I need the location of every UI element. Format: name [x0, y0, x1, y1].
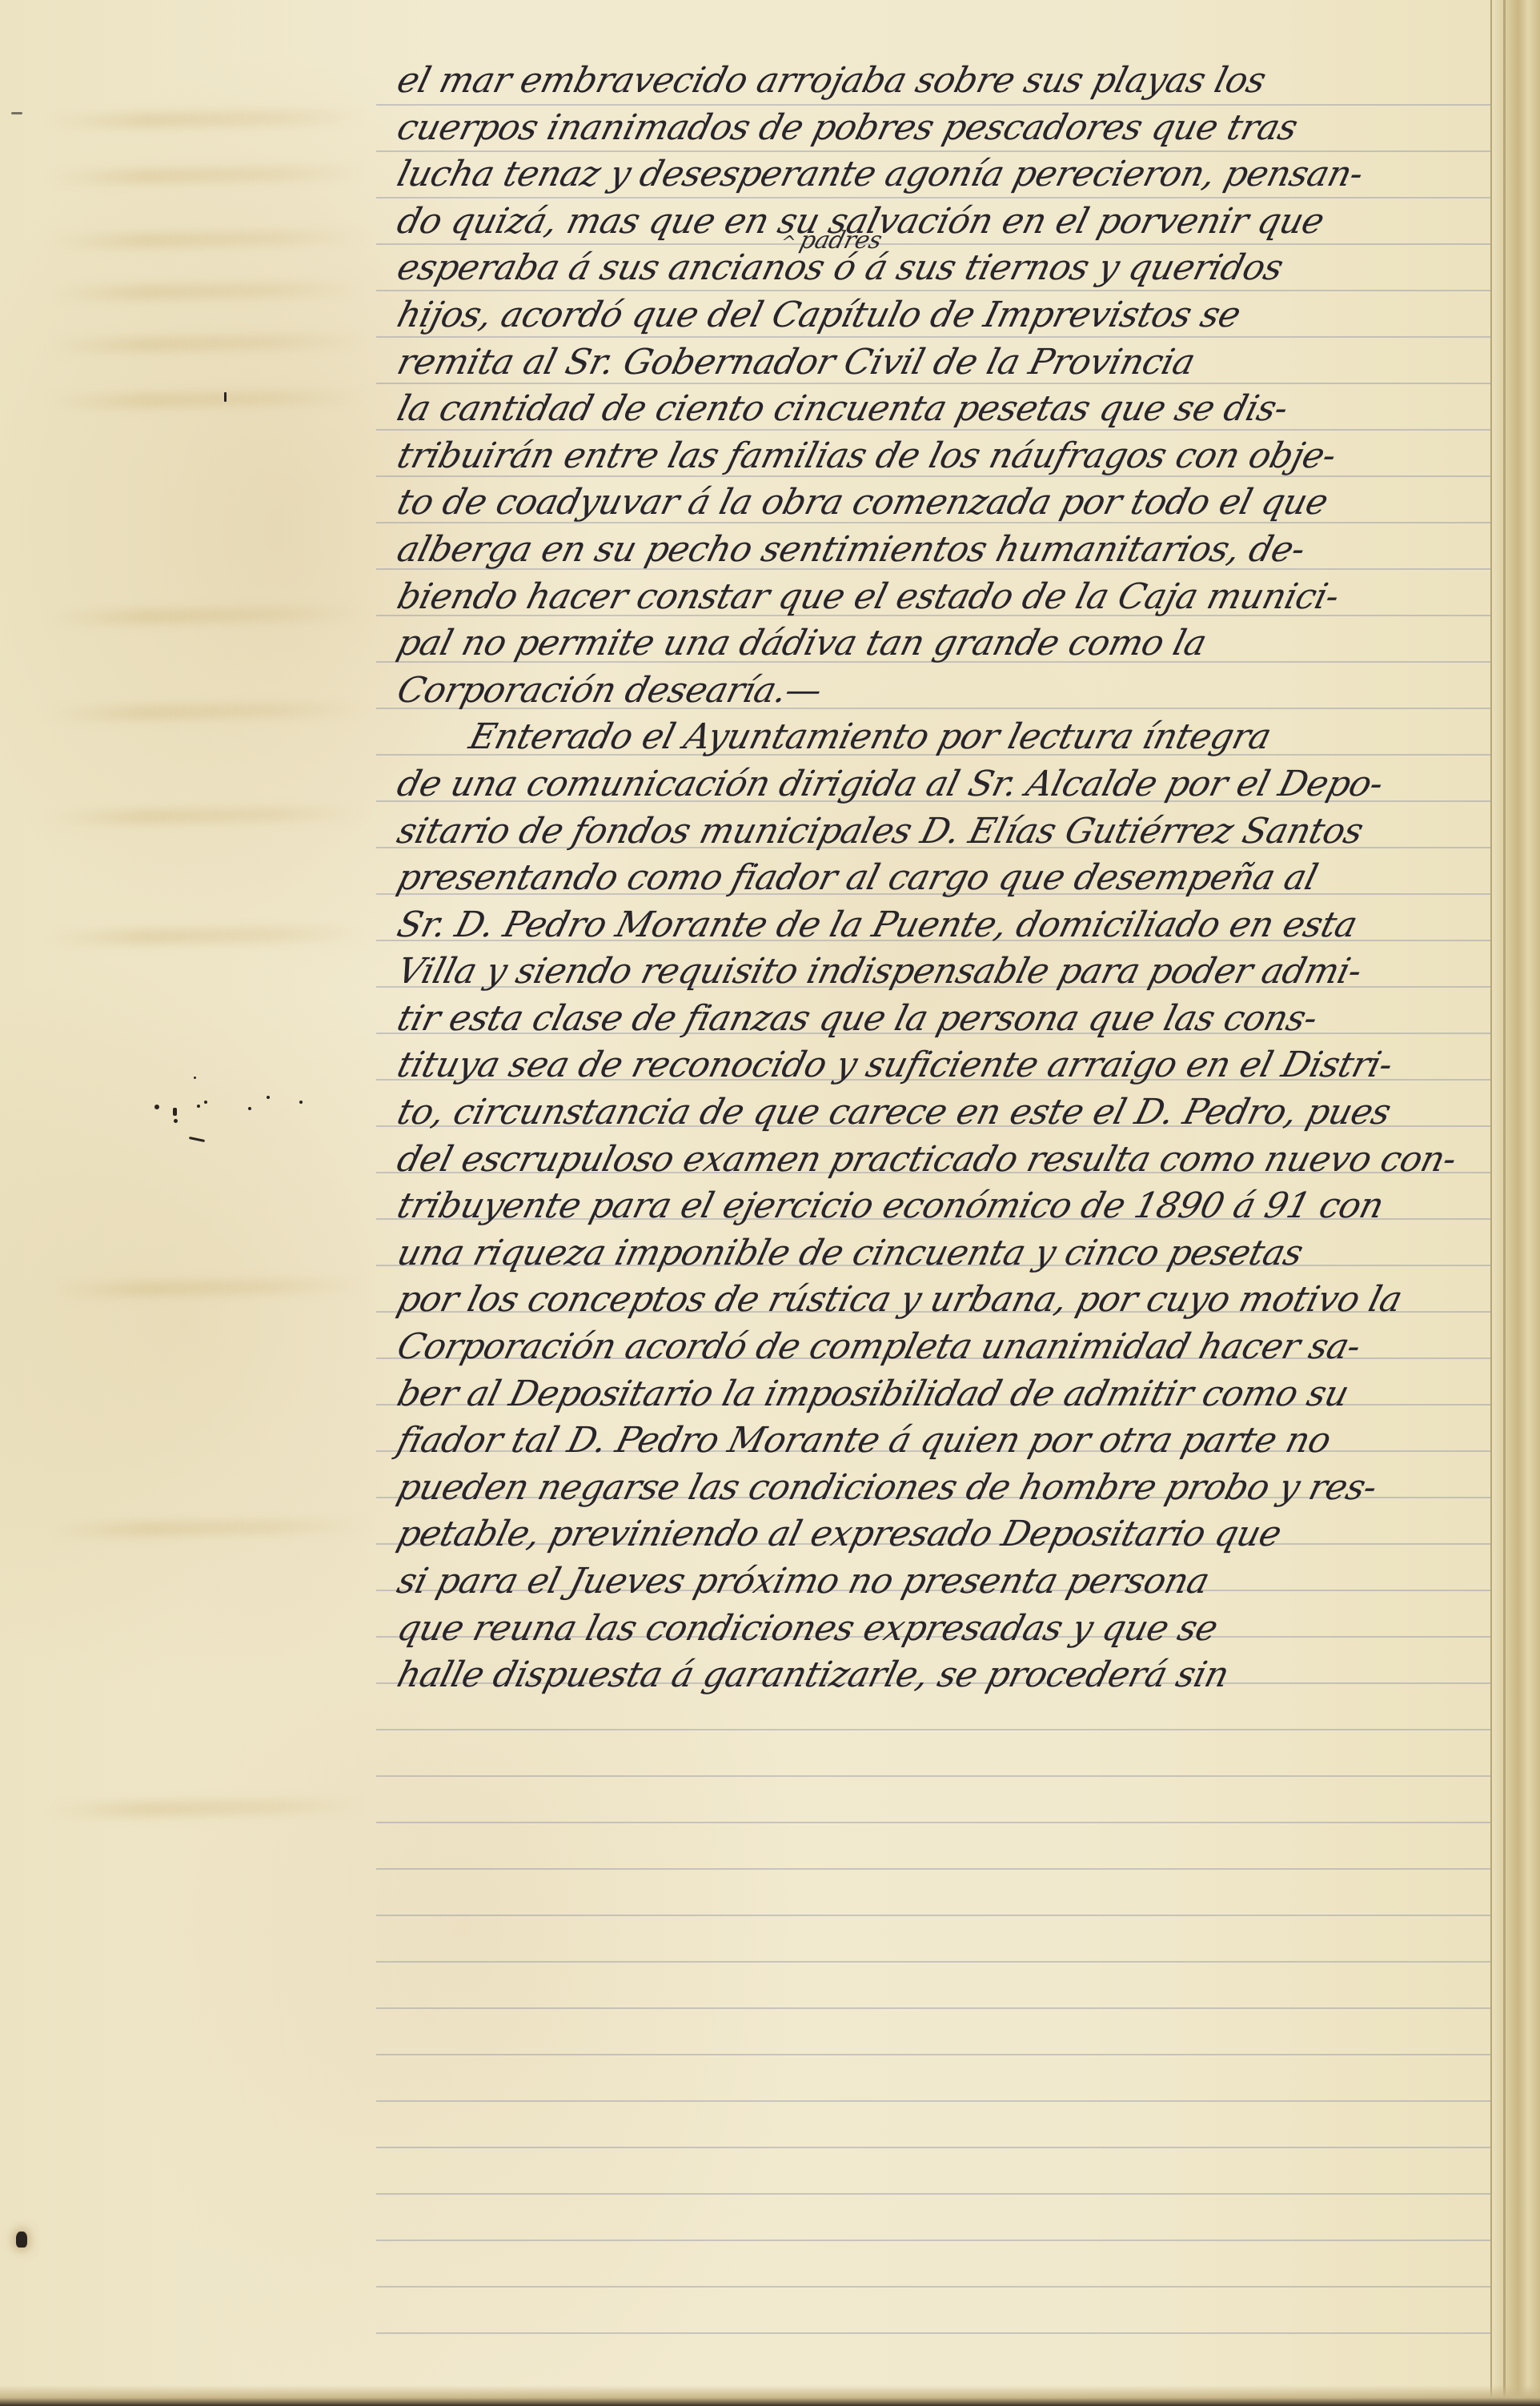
manuscript-line: por los conceptos de rústica y urbana, p…: [392, 1277, 1493, 1324]
manuscript-line: tituya sea de reconocido y suficiente ar…: [392, 1042, 1493, 1089]
bleed-through-stain: [48, 230, 368, 250]
manuscript-line: Corporación desearía.—: [392, 668, 1493, 715]
manuscript-line: si para el Jueves próximo no presenta pe…: [392, 1558, 1493, 1606]
manuscript-line: petable, previniendo al expresado Deposi…: [392, 1511, 1493, 1558]
ink-spatter-dot: [204, 1101, 207, 1104]
manuscript-line: remita al Sr. Gobernador Civil de la Pro…: [392, 339, 1493, 387]
ink-spatter-dot: [174, 1119, 178, 1123]
ink-spatter-dot: [154, 1105, 159, 1109]
bleed-through-stain: [48, 806, 368, 826]
manuscript-text: el mar embravecido arrojaba sobre sus pl…: [392, 58, 1481, 1699]
bleed-through-stain: [48, 606, 368, 626]
book-binding-edge: [1490, 0, 1540, 2406]
ruled-line: [376, 2286, 1497, 2288]
bleed-through-stain: [48, 702, 368, 722]
page-bottom-edge: [0, 2385, 1540, 2406]
ruled-line: [376, 2193, 1497, 2195]
manuscript-line: que reuna las condiciones expresadas y q…: [392, 1606, 1493, 1653]
manuscript-line: del escrupuloso examen practicado result…: [392, 1137, 1493, 1184]
manuscript-line: fiador tal D. Pedro Morante á quien por …: [392, 1418, 1493, 1465]
ruled-line: [376, 2147, 1497, 2148]
manuscript-line: el mar embravecido arrojaba sobre sus pl…: [392, 58, 1493, 105]
manuscript-line: pal no permite una dádiva tan grande com…: [392, 620, 1493, 668]
manuscript-line: do quizá, mas que en su salvación en el …: [392, 198, 1493, 246]
manuscript-line: Villa y siendo requisito indispensable p…: [392, 948, 1493, 996]
interlinear-insertion: ^padres: [775, 218, 887, 267]
manuscript-line: tribuyente para el ejercicio económico d…: [392, 1183, 1493, 1230]
insertion-text: padres: [797, 227, 885, 255]
bleed-through-stain: [48, 390, 368, 410]
ink-spatter-dot: [173, 1108, 177, 1116]
manuscript-line: halle dispuesta á garantizarle, se proce…: [392, 1652, 1493, 1699]
ruled-line: [376, 1868, 1497, 1870]
manuscript-line: ber al Depositario la imposibilidad de a…: [392, 1371, 1493, 1418]
bleed-through-stain: [48, 1278, 368, 1298]
ink-spatter-dot: [197, 1105, 200, 1108]
manuscript-line: hijos, acordó que del Capítulo de Imprev…: [392, 292, 1493, 339]
manuscript-line: biendo hacer constar que el estado de la…: [392, 574, 1493, 621]
manuscript-page: el mar embravecido arrojaba sobre sus pl…: [0, 0, 1540, 2406]
bleed-through-stain: [48, 334, 368, 354]
manuscript-line: sitario de fondos municipales D. Elías G…: [392, 808, 1493, 856]
ruled-line: [376, 1775, 1497, 1777]
margin-ink-mark: [11, 112, 22, 114]
manuscript-line: una riqueza imponible de cincuenta y cin…: [392, 1230, 1493, 1277]
ruled-line: [376, 1961, 1497, 1963]
manuscript-line: tribuirán entre las familias de los náuf…: [392, 433, 1493, 480]
manuscript-line: Sr. D. Pedro Morante de la Puente, domic…: [392, 902, 1493, 949]
bleed-through-stain: [48, 282, 368, 302]
ink-spatter-dot: [299, 1101, 303, 1104]
ruled-line: [376, 1915, 1497, 1916]
manuscript-line: Corporación acordó de completa unanimida…: [392, 1324, 1493, 1371]
manuscript-line: to de coadyuvar á la obra comenzada por …: [392, 479, 1493, 527]
ink-spatter-dot: [248, 1107, 251, 1110]
margin-ink-tick: [224, 392, 227, 402]
manuscript-line: to, circunstancia de que carece en este …: [392, 1089, 1493, 1137]
manuscript-line: la cantidad de ciento cincuenta pesetas …: [392, 386, 1493, 433]
ruled-line: [376, 1729, 1497, 1730]
manuscript-line: pueden negarse las condiciones de hombre…: [392, 1465, 1493, 1512]
paragraph-start-line: Enterado el Ayuntamiento por lectura ínt…: [392, 714, 1493, 761]
ink-spatter-dot: [194, 1077, 196, 1079]
ruled-line: [376, 2100, 1497, 2102]
ruled-line: [376, 2240, 1497, 2241]
manuscript-line: lucha tenaz y desesperante agonía pereci…: [392, 151, 1493, 198]
ink-spatter-stroke: [189, 1137, 205, 1142]
bleed-through-stain: [48, 110, 368, 130]
bleed-through-stain: [48, 1518, 368, 1538]
manuscript-line: de una comunicación dirigida al Sr. Alca…: [392, 761, 1493, 808]
ink-spatter-dot: [267, 1096, 270, 1099]
manuscript-line: alberga en su pecho sentimientos humanit…: [392, 527, 1493, 574]
ruled-line: [376, 2332, 1497, 2334]
ruled-line: [376, 1822, 1497, 1823]
manuscript-line: presentando como fiador al cargo que des…: [392, 855, 1493, 902]
bleed-through-stain: [48, 1798, 368, 1819]
margin-ink-blot: [16, 2232, 27, 2248]
manuscript-line-with-insertion: ^padres esperaba á sus ancianos ó á sus …: [392, 245, 1493, 292]
bleed-through-stain: [48, 166, 368, 186]
manuscript-line: tir esta clase de fianzas que la persona…: [392, 996, 1493, 1043]
ruled-line: [376, 2054, 1497, 2055]
manuscript-line: cuerpos inanimados de pobres pescadores …: [392, 105, 1493, 152]
ruled-line: [376, 2007, 1497, 2009]
bleed-through-stain: [48, 926, 368, 946]
